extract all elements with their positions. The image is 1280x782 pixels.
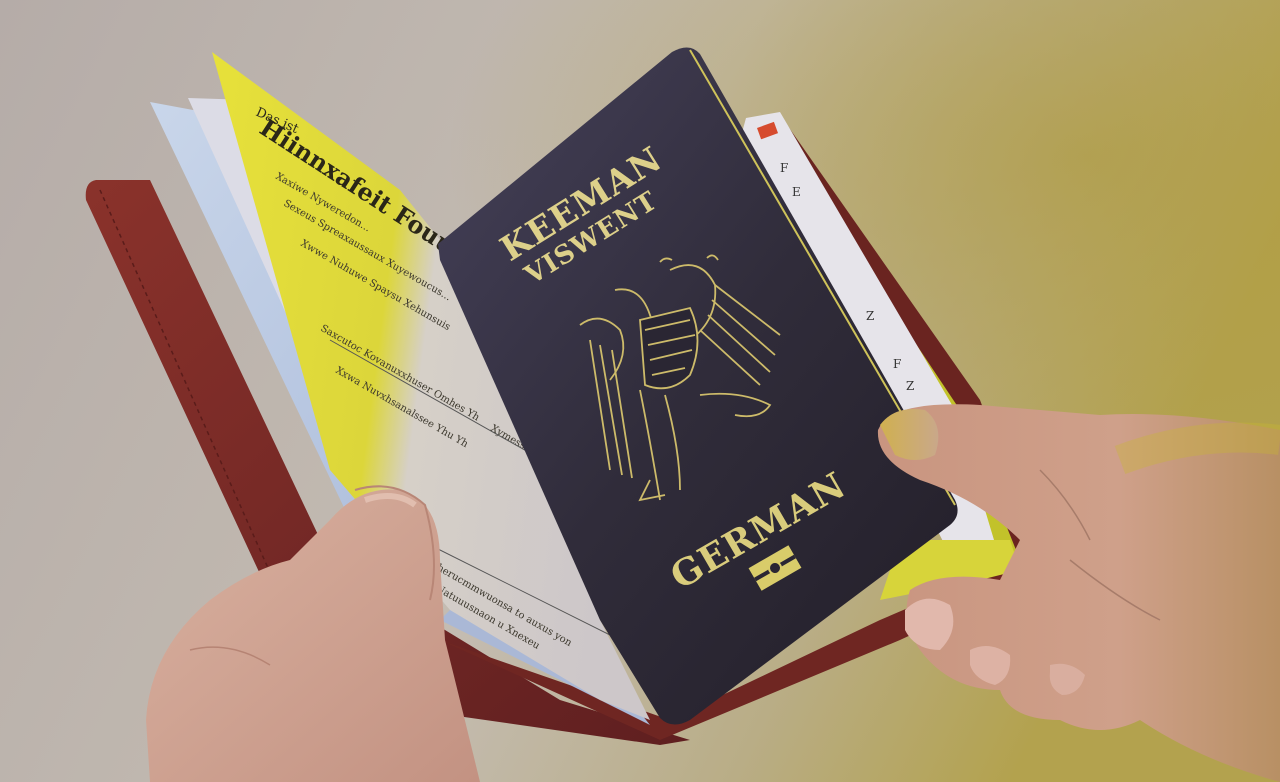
tab-mark: Z — [906, 379, 914, 393]
tab-mark: F — [780, 161, 788, 175]
tab-mark: E — [792, 185, 801, 199]
tab-mark: Z — [866, 309, 874, 323]
photo-scene: Das ist Hiinnxafeit Fouu Xaxiwe Nyweredo… — [0, 0, 1280, 782]
tab-mark: F — [893, 357, 901, 371]
